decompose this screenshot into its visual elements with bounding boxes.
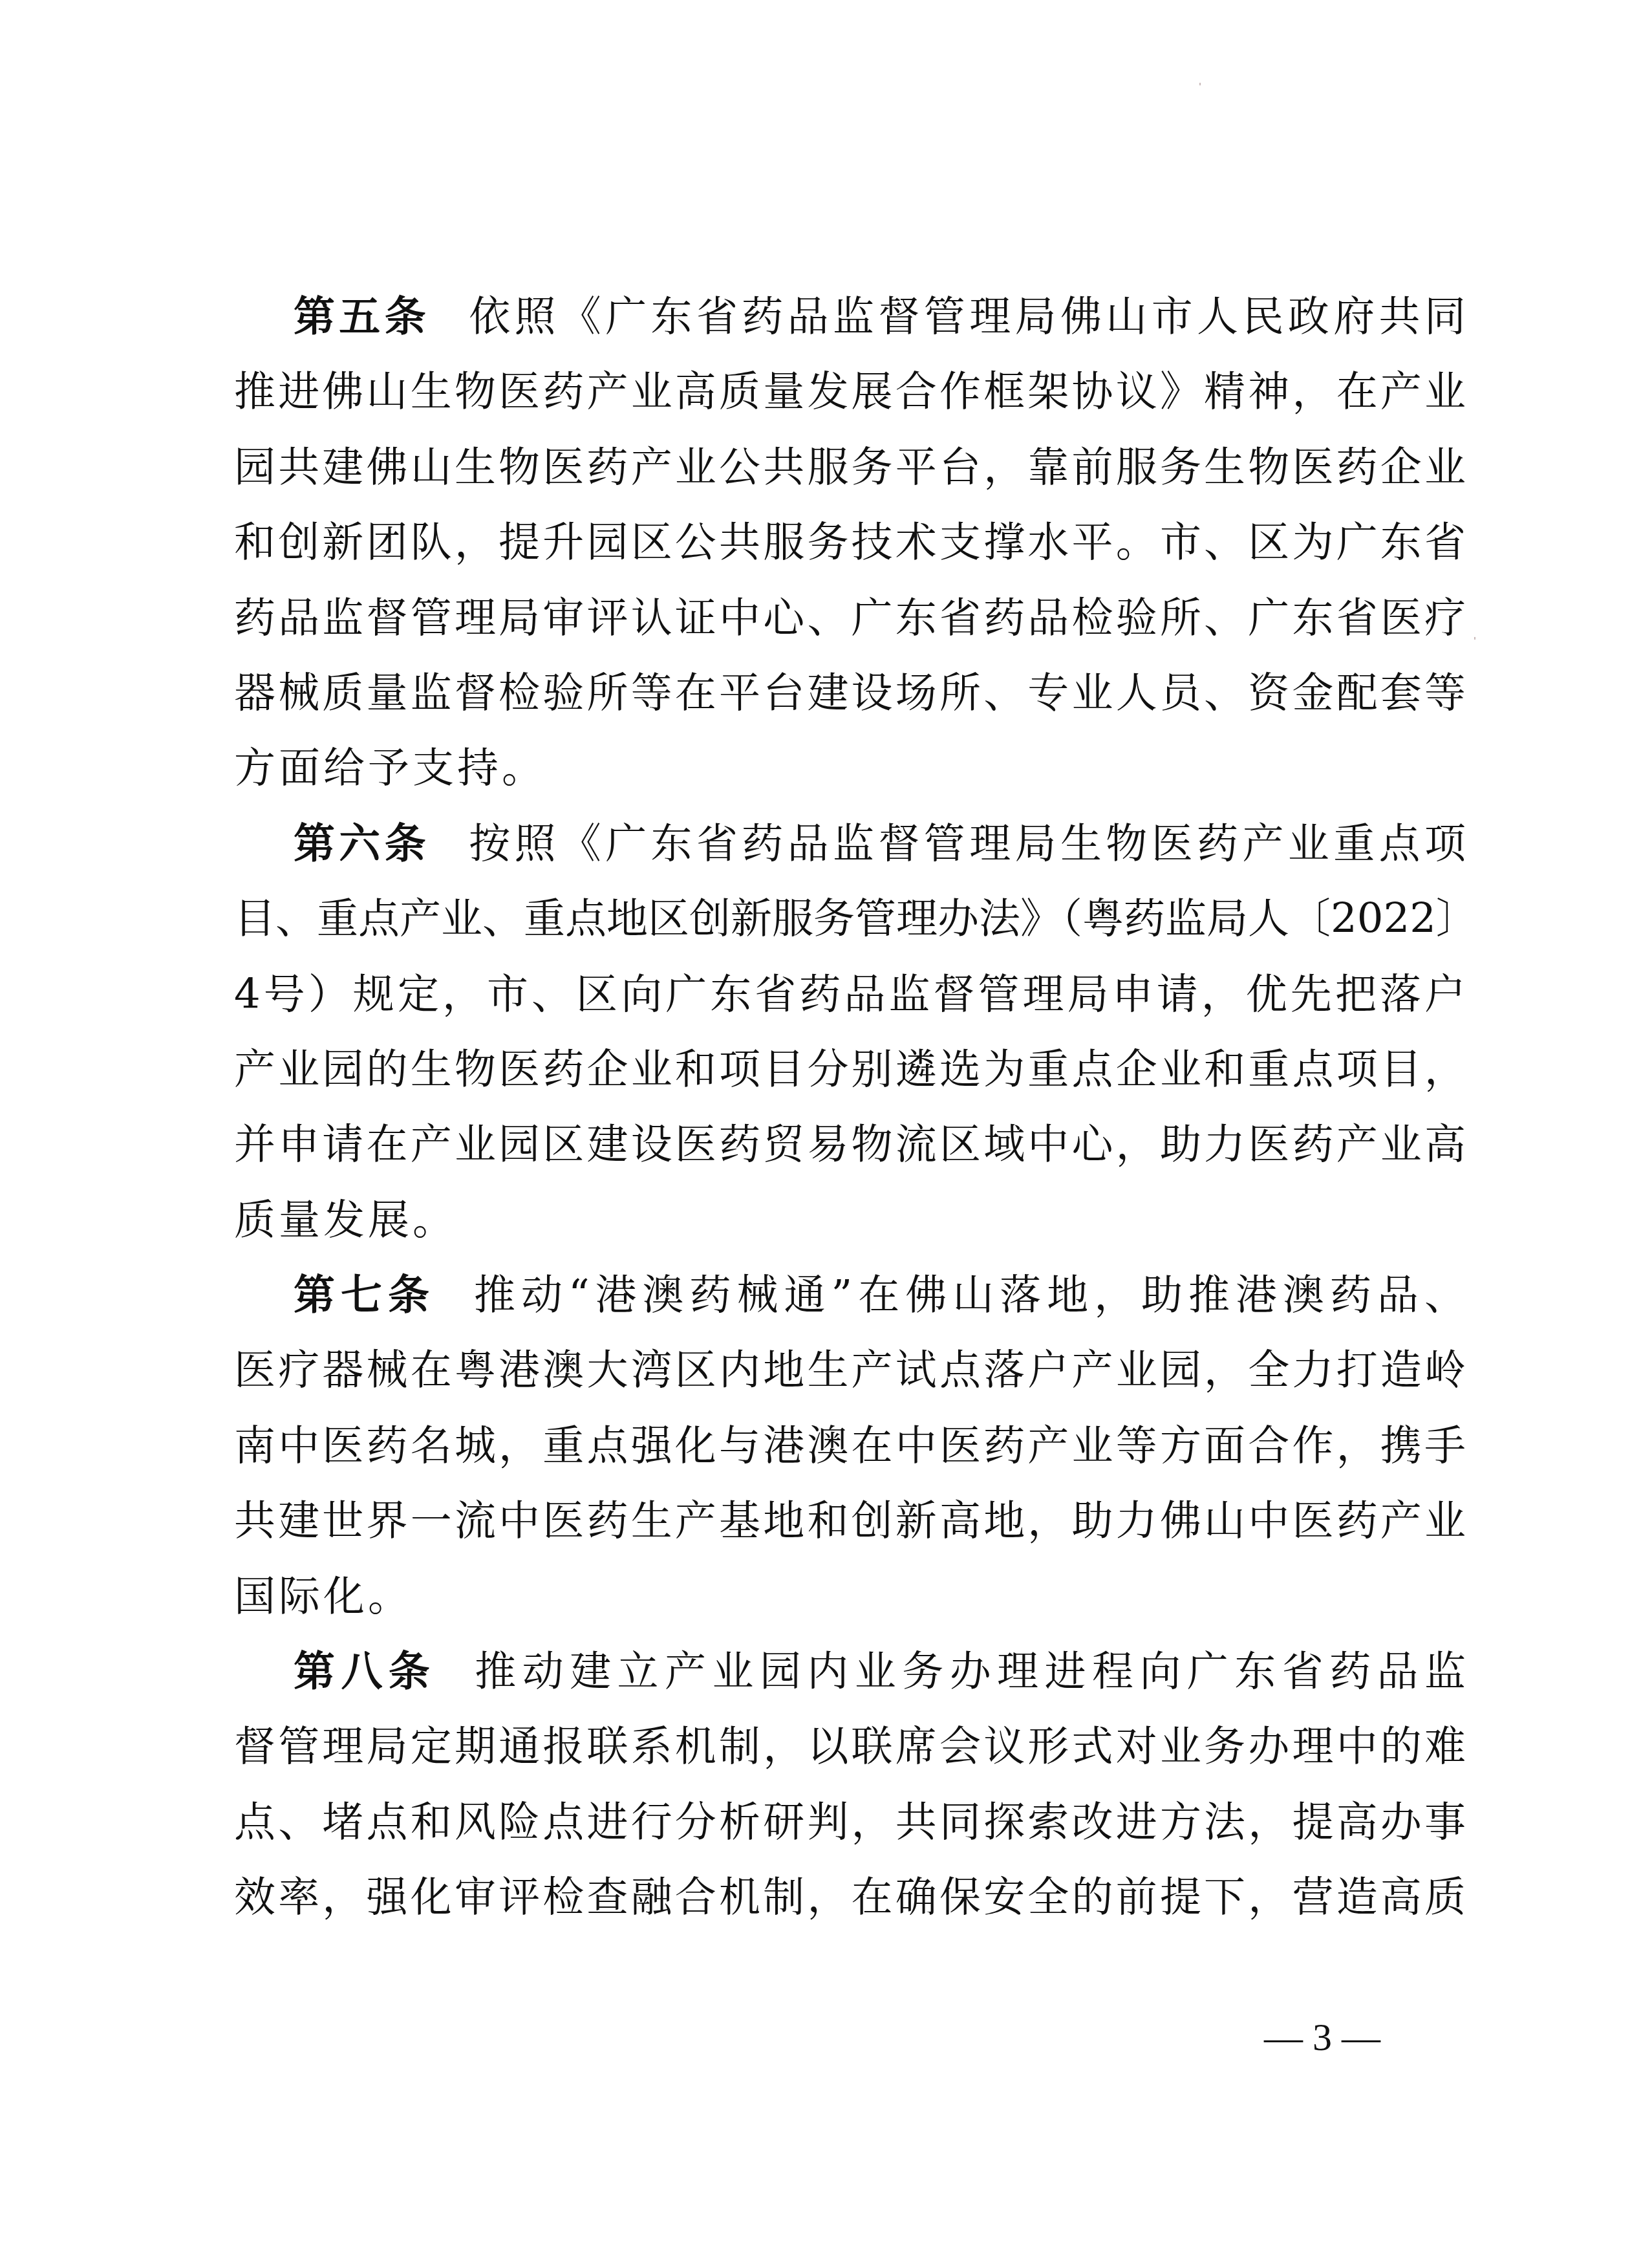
article-heading: 第八条 bbox=[294, 1648, 436, 1696]
paragraph-line: 督管理局定期通报联系机制，以联席会议形式对业务办理中的难 bbox=[234, 1709, 1466, 1784]
article-heading: 第七条 bbox=[294, 1271, 435, 1319]
paragraph-line: 4号）规定，市、区向广东省药品监督管理局申请，优先把落户 bbox=[234, 957, 1466, 1032]
paragraph-line: 器械质量监督检验所等在平台建设场所、专业人员、资金配套等 bbox=[234, 656, 1466, 731]
article-heading: 第五条 bbox=[294, 293, 430, 341]
paragraph-line: 效率，强化审评检查融合机制，在确保安全的前提下，营造高质 bbox=[234, 1860, 1466, 1935]
paragraph-line: 国际化。 bbox=[234, 1559, 1466, 1634]
paragraph-line: 和创新团队，提升园区公共服务技术支撑水平。市、区为广东省 bbox=[234, 505, 1466, 580]
article-6: 第六条按照《广东省药品监督管理局生物医药产业重点项 目、重点产业、重点地区创新服… bbox=[234, 806, 1466, 1258]
article-5: 第五条依照《广东省药品监督管理局佛山市人民政府共同 推进佛山生物医药产业高质量发… bbox=[234, 279, 1466, 806]
paragraph-line: 医疗器械在粤港澳大湾区内地生产试点落户产业园，全力打造岭 bbox=[234, 1333, 1466, 1408]
article-8-line-1: 第八条推动建立产业园内业务办理进程向广东省药品监 bbox=[234, 1634, 1466, 1709]
article-5-line-1: 第五条依照《广东省药品监督管理局佛山市人民政府共同 bbox=[234, 279, 1466, 354]
scan-artifact bbox=[1474, 637, 1475, 640]
article-8: 第八条推动建立产业园内业务办理进程向广东省药品监 督管理局定期通报联系机制，以联… bbox=[234, 1634, 1466, 1936]
paragraph-line: 质量发展。 bbox=[234, 1183, 1466, 1258]
paragraph-text: 推动“港澳药械通”在佛山落地，助推港澳药品、 bbox=[474, 1271, 1466, 1319]
paragraph-line: 推进佛山生物医药产业高质量发展合作框架协议》精神，在产业 bbox=[234, 354, 1466, 429]
paragraph-line: 南中医药名城，重点强化与港澳在中医药产业等方面合作，携手 bbox=[234, 1409, 1466, 1484]
article-heading: 第六条 bbox=[294, 820, 430, 868]
article-7-line-1: 第七条推动“港澳药械通”在佛山落地，助推港澳药品、 bbox=[234, 1258, 1466, 1333]
page-number: — 3 — bbox=[1248, 2011, 1397, 2063]
paragraph-line: 方面给予支持。 bbox=[234, 731, 1466, 806]
document-body: 第五条依照《广东省药品监督管理局佛山市人民政府共同 推进佛山生物医药产业高质量发… bbox=[234, 279, 1466, 1936]
paragraph-line: 产业园的生物医药企业和项目分别遴选为重点企业和重点项目， bbox=[234, 1032, 1466, 1107]
paragraph-line: 并申请在产业园区建设医药贸易物流区域中心，助力医药产业高 bbox=[234, 1107, 1466, 1182]
article-7: 第七条推动“港澳药械通”在佛山落地，助推港澳药品、 医疗器械在粤港澳大湾区内地生… bbox=[234, 1258, 1466, 1634]
paragraph-text: 推动建立产业园内业务办理进程向广东省药品监 bbox=[475, 1648, 1466, 1696]
paragraph-text: 依照《广东省药品监督管理局佛山市人民政府共同 bbox=[469, 293, 1466, 341]
paragraph-text: 按照《广东省药品监督管理局生物医药产业重点项 bbox=[469, 820, 1466, 868]
paragraph-line: 药品监督管理局审评认证中心、广东省药品检验所、广东省医疗 bbox=[234, 581, 1466, 656]
paragraph-line: 点、堵点和风险点进行分析研判，共同探索改进方法，提高办事 bbox=[234, 1785, 1466, 1860]
document-page: 第五条依照《广东省药品监督管理局佛山市人民政府共同 推进佛山生物医药产业高质量发… bbox=[0, 0, 1641, 2268]
scan-artifact bbox=[1199, 83, 1201, 85]
paragraph-line: 共建世界一流中医药生产基地和创新高地，助力佛山中医药产业 bbox=[234, 1484, 1466, 1559]
paragraph-line: 目、重点产业、重点地区创新服务管理办法》（粤药监局人〔2022〕 bbox=[234, 881, 1466, 956]
paragraph-line: 园共建佛山生物医药产业公共服务平台，靠前服务生物医药企业 bbox=[234, 430, 1466, 505]
article-6-line-1: 第六条按照《广东省药品监督管理局生物医药产业重点项 bbox=[234, 806, 1466, 881]
